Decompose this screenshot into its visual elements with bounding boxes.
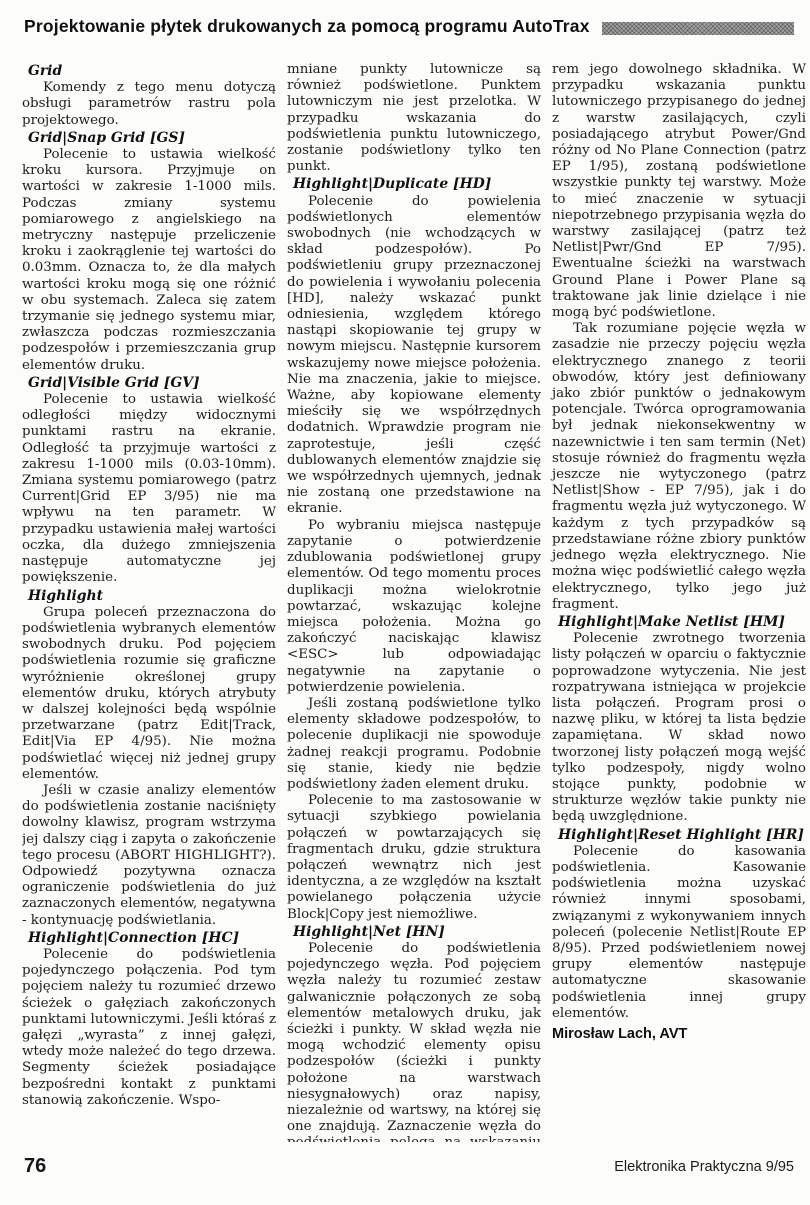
page-number: 76 bbox=[24, 1155, 46, 1178]
byline: Mirosław Lach, AVT bbox=[552, 1026, 806, 1042]
text-column-3: rem jego dowolnego składnika. W przypadk… bbox=[552, 62, 806, 1142]
paragraph: Polecenie do podświetlenia pojedynczego … bbox=[22, 947, 276, 1109]
section-heading: Highlight bbox=[22, 588, 276, 604]
article-body: GridKomendy z tego menu dotyczą obsługi … bbox=[22, 62, 808, 1142]
paragraph: Po wybraniu miejsca następuje zapytanie … bbox=[287, 518, 541, 696]
section-heading: Grid|Visible Grid [GV] bbox=[22, 375, 276, 391]
paragraph: Polecenie to ustawia wielkość kroku kurs… bbox=[22, 147, 276, 374]
section-heading: Highlight|Connection [HC] bbox=[22, 930, 276, 946]
article-title: Projektowanie płytek drukowanych za pomo… bbox=[24, 16, 590, 37]
section-heading: Grid bbox=[22, 63, 276, 79]
paragraph: rem jego dowolnego składnika. W przypadk… bbox=[552, 62, 806, 321]
paragraph: Polecenie do powielenia podświetlonych e… bbox=[287, 194, 541, 518]
paragraph: Jeśli w czasie analizy elementów do podś… bbox=[22, 783, 276, 929]
paragraph: Polecenie to ma zastosowanie w sytuacji … bbox=[287, 793, 541, 923]
text-column-2: mniane punkty lutownicze są również podś… bbox=[287, 62, 541, 1142]
paragraph: Komendy z tego menu dotyczą obsługi para… bbox=[22, 80, 276, 129]
paragraph: Polecenie do podświetlenia pojedynczego … bbox=[287, 941, 541, 1142]
section-heading: Highlight|Net [HN] bbox=[287, 924, 541, 940]
paragraph: Polecenie do kasowania podświetlenia. Ka… bbox=[552, 844, 806, 1022]
paragraph: Polecenie zwrotnego tworzenia listy połą… bbox=[552, 631, 806, 825]
text-column-1: GridKomendy z tego menu dotyczą obsługi … bbox=[22, 62, 276, 1142]
paragraph: Polecenie to ustawia wielkość odległości… bbox=[22, 392, 276, 586]
paragraph: mniane punkty lutownicze są również podś… bbox=[287, 62, 541, 175]
section-heading: Highlight|Reset Highlight [HR] bbox=[552, 827, 806, 843]
magazine-name-issue: Elektronika Praktyczna 9/95 bbox=[614, 1159, 794, 1175]
magazine-page: Projektowanie płytek drukowanych za pomo… bbox=[0, 0, 810, 1205]
paragraph: Jeśli zostaną podświetlone tylko element… bbox=[287, 696, 541, 793]
section-heading: Grid|Snap Grid [GS] bbox=[22, 130, 276, 146]
paragraph: Tak rozumiane pojęcie węzła w zasadzie n… bbox=[552, 321, 806, 613]
paragraph: Grupa poleceń przeznaczona do podświetle… bbox=[22, 605, 276, 783]
hatched-bar-decoration bbox=[602, 22, 794, 35]
section-heading: Highlight|Duplicate [HD] bbox=[287, 176, 541, 192]
section-heading: Highlight|Make Netlist [HM] bbox=[552, 614, 806, 630]
article-header: Projektowanie płytek drukowanych za pomo… bbox=[24, 16, 794, 37]
